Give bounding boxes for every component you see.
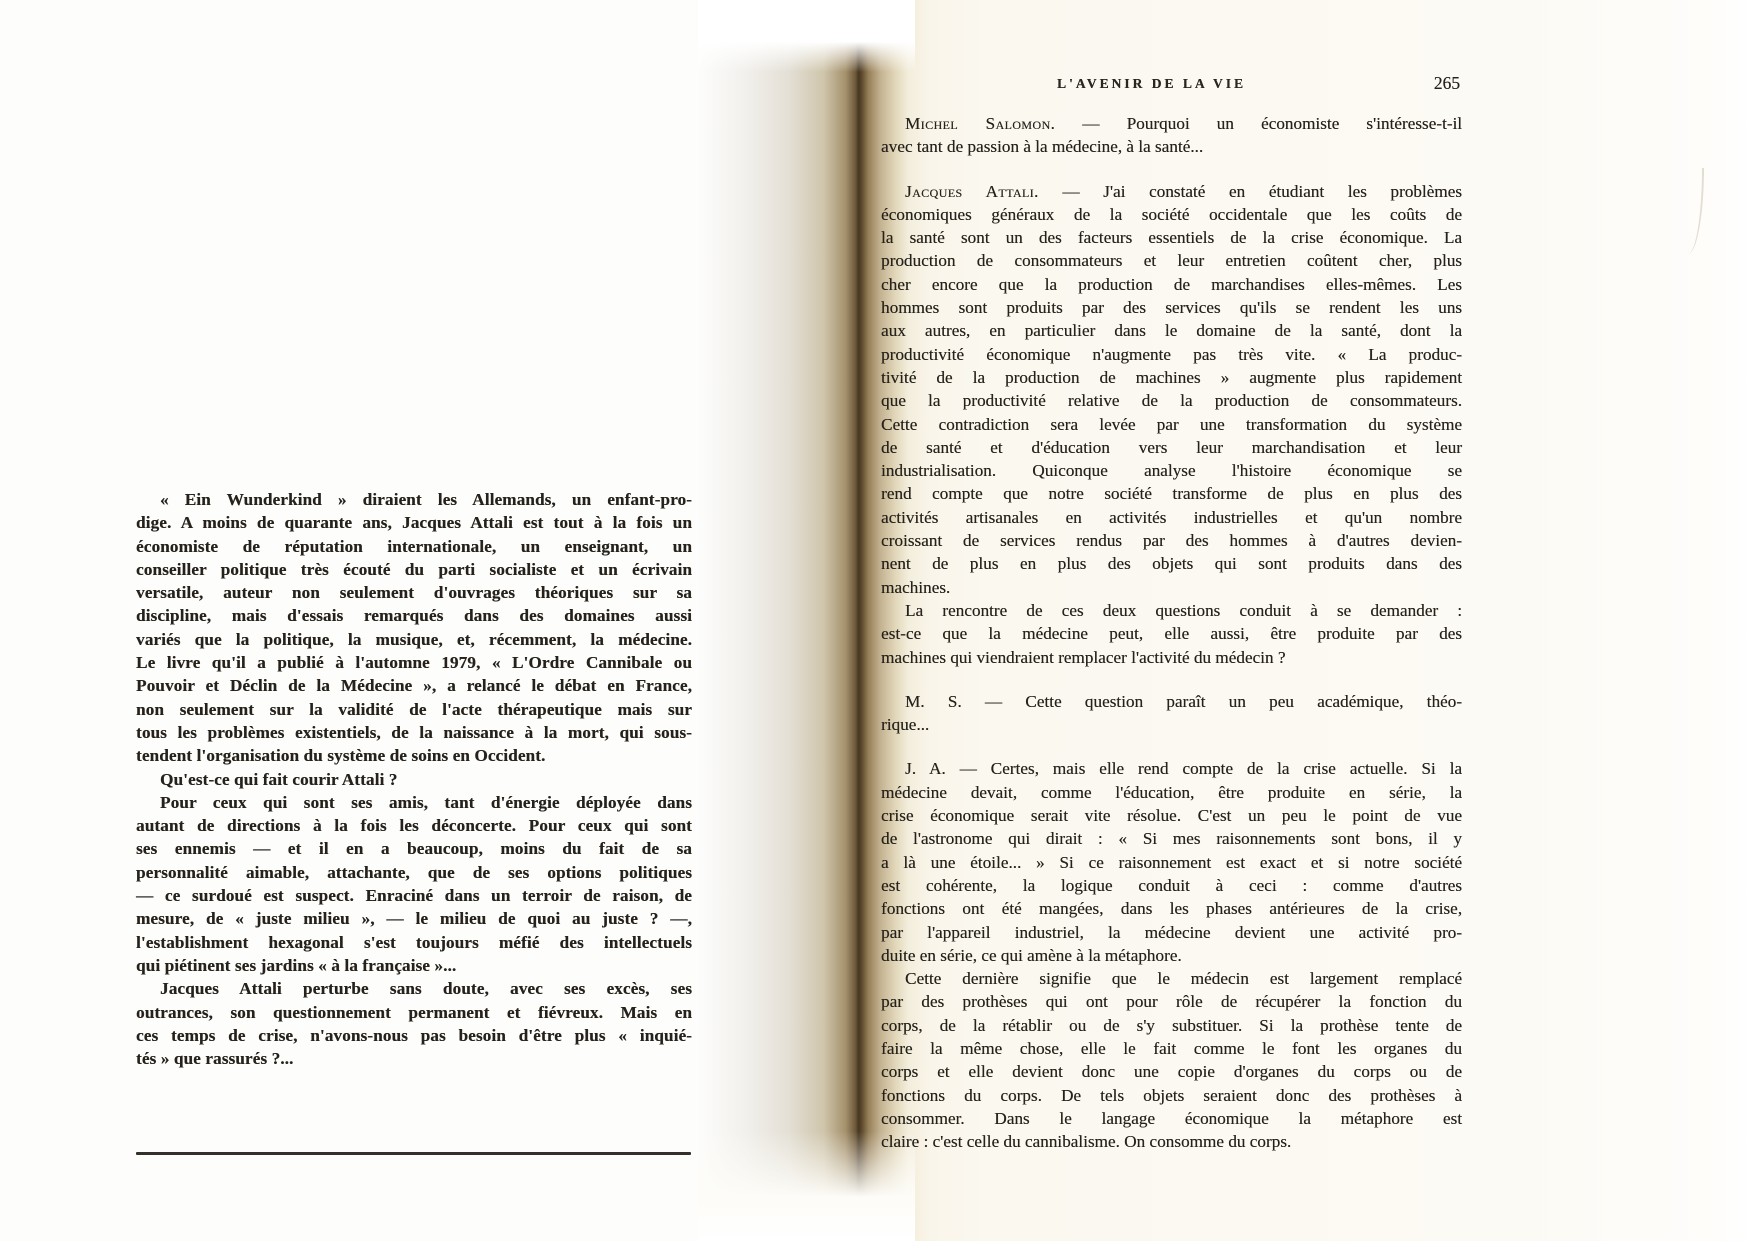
text-line: claire : c'est celle du cannibalisme. On… — [881, 1130, 1462, 1153]
text-line: Qu'est-ce qui fait courir Attali ? — [136, 768, 692, 791]
text-line: outrances, son questionnement permanent … — [136, 1001, 692, 1024]
text-line: tendent l'organisation du système de soi… — [136, 744, 692, 767]
paragraph: M. S. — Cette question paraît un peu aca… — [881, 690, 1462, 737]
text-line: Cette dernière signifie que le médecin e… — [881, 967, 1462, 990]
text-line: Jacques Attali. — J'ai constaté en étudi… — [881, 180, 1462, 203]
text-line: versatile, auteur non seulement d'ouvrag… — [136, 581, 692, 604]
text-line: rend compte que notre société transforme… — [881, 482, 1462, 505]
text-line: économiste de réputation internationale,… — [136, 535, 692, 558]
text-line: activités artisanales en activités indus… — [881, 506, 1462, 529]
text-line: rique... — [881, 713, 1462, 736]
running-header: L'AVENIR DE LA VIE 265 — [881, 76, 1462, 102]
text-line: — ce surdoué est suspect. Enraciné dans … — [136, 884, 692, 907]
paragraph: Cette dernière signifie que le médecin e… — [881, 967, 1462, 1153]
text-line: l'establishment hexagonal s'est toujours… — [136, 931, 692, 954]
left-page-text-column: « Ein Wunderkind » diraient les Allemand… — [136, 488, 692, 1070]
text-line: industrialisation. Quiconque analyse l'h… — [881, 459, 1462, 482]
text-line: médecine devait, comme l'éducation, être… — [881, 781, 1462, 804]
text-line: Pouvoir et Déclin de la Médecine », a re… — [136, 674, 692, 697]
text-line: dige. A moins de quarante ans, Jacques A… — [136, 511, 692, 534]
text-line: tous les problèmes existentiels, de la n… — [136, 721, 692, 744]
text-line: crise économique serait vite résolue. C'… — [881, 804, 1462, 827]
text-line: duite en série, ce qui amène à la métaph… — [881, 944, 1462, 967]
text-line: croissant de services rendus par des hom… — [881, 529, 1462, 552]
text-line: Jacques Attali perturbe sans doute, avec… — [136, 977, 692, 1000]
text-line: ses ennemis — et il en a beaucoup, moins… — [136, 837, 692, 860]
text-line: machines qui viendraient remplacer l'act… — [881, 646, 1462, 669]
text-line: personnalité aimable, attachante, que de… — [136, 861, 692, 884]
text-line: discipline, mais d'essais remarqués dans… — [136, 604, 692, 627]
text-line: la santé sont un des facteurs essentiels… — [881, 226, 1462, 249]
text-line: non seulement sur la validité de l'acte … — [136, 698, 692, 721]
paragraph: J. A. — Certes, mais elle rend compte de… — [881, 757, 1462, 967]
text-line: est cohérente, la logique conduit à ceci… — [881, 874, 1462, 897]
text-line: tés » que rassurés ?... — [136, 1047, 692, 1070]
text-line: économiques généraux de la société occid… — [881, 203, 1462, 226]
text-line: nent de plus en plus des objets qui sont… — [881, 552, 1462, 575]
text-line: machines. — [881, 576, 1462, 599]
text-line: consommer. Dans le langage économique la… — [881, 1107, 1462, 1130]
text-line: « Ein Wunderkind » diraient les Allemand… — [136, 488, 692, 511]
text-line: hommes sont produits par des services qu… — [881, 296, 1462, 319]
text-line: aux autres, en particulier dans le domai… — [881, 319, 1462, 342]
text-line: Cette contradiction sera levée par une t… — [881, 413, 1462, 436]
header-title: L'AVENIR DE LA VIE — [1057, 76, 1246, 92]
text-line: mesure, de « juste milieu », — le milieu… — [136, 907, 692, 930]
text-line: productivité économique n'augmente pas t… — [881, 343, 1462, 366]
text-line: a là une étoile... » Si ce raisonnement … — [881, 851, 1462, 874]
text-line: Le livre qu'il a publié à l'automne 1979… — [136, 651, 692, 674]
text-line: tivité de la production de machines » au… — [881, 366, 1462, 389]
text-line: J. A. — Certes, mais elle rend compte de… — [881, 757, 1462, 780]
text-line: Michel Salomon. — Pourquoi un économiste… — [881, 112, 1462, 135]
text-line: qui piétinent ses jardins « à la françai… — [136, 954, 692, 977]
text-line: faire la même chose, elle le fait comme … — [881, 1037, 1462, 1060]
text-line: conseiller politique très écouté du part… — [136, 558, 692, 581]
paragraph: Michel Salomon. — Pourquoi un économiste… — [881, 112, 1462, 159]
text-line: corps, de la rétablir ou de s'y substitu… — [881, 1014, 1462, 1037]
text-line: par l'appareil industriel, la médecine d… — [881, 921, 1462, 944]
text-line: ces temps de crise, n'avons-nous pas bes… — [136, 1024, 692, 1047]
speaker-name: Jacques Attali. — [905, 182, 1039, 201]
text-line: production de consommateurs et leur entr… — [881, 249, 1462, 272]
paragraph: Qu'est-ce qui fait courir Attali ? — [136, 768, 692, 791]
text-line: autant de directions à la fois les décon… — [136, 814, 692, 837]
text-line: est-ce que la médecine peut, elle aussi,… — [881, 622, 1462, 645]
text-line: La rencontre de ces deux questions condu… — [881, 599, 1462, 622]
text-line: par des prothèses qui ont pour rôle de r… — [881, 990, 1462, 1013]
paragraph: « Ein Wunderkind » diraient les Allemand… — [136, 488, 692, 768]
text-line: de l'astronome qui dirait : « Si mes rai… — [881, 827, 1462, 850]
text-line: avec tant de passion à la médecine, à la… — [881, 135, 1462, 158]
paragraph: Jacques Attali perturbe sans doute, avec… — [136, 977, 692, 1070]
footnote-rule — [136, 1152, 691, 1155]
text-line: Pour ceux qui sont ses amis, tant d'éner… — [136, 791, 692, 814]
paragraph: Pour ceux qui sont ses amis, tant d'éner… — [136, 791, 692, 977]
text-line: fonctions ont été mangées, dans les phas… — [881, 897, 1462, 920]
speaker-name: Michel Salomon. — [905, 114, 1055, 133]
text-line: fonctions du corps. De tels objets serai… — [881, 1084, 1462, 1107]
right-page-text-column: Michel Salomon. — Pourquoi un économiste… — [881, 112, 1462, 1153]
paragraph: La rencontre de ces deux questions condu… — [881, 599, 1462, 669]
paragraph: Jacques Attali. — J'ai constaté en étudi… — [881, 180, 1462, 599]
text-line: M. S. — Cette question paraît un peu aca… — [881, 690, 1462, 713]
text-line: que la productivité relative de la produ… — [881, 389, 1462, 412]
text-line: de santé et d'éducation vers leur marcha… — [881, 436, 1462, 459]
page-number: 265 — [1434, 73, 1460, 94]
text-line: cher encore que la production de marchan… — [881, 273, 1462, 296]
text-line: variés que la politique, la musique, et,… — [136, 628, 692, 651]
text-line: corps et elle devient donc une copie d'o… — [881, 1060, 1462, 1083]
book-scan: L'AVENIR DE LA VIE 265 « Ein Wunderkind … — [0, 0, 1754, 1241]
